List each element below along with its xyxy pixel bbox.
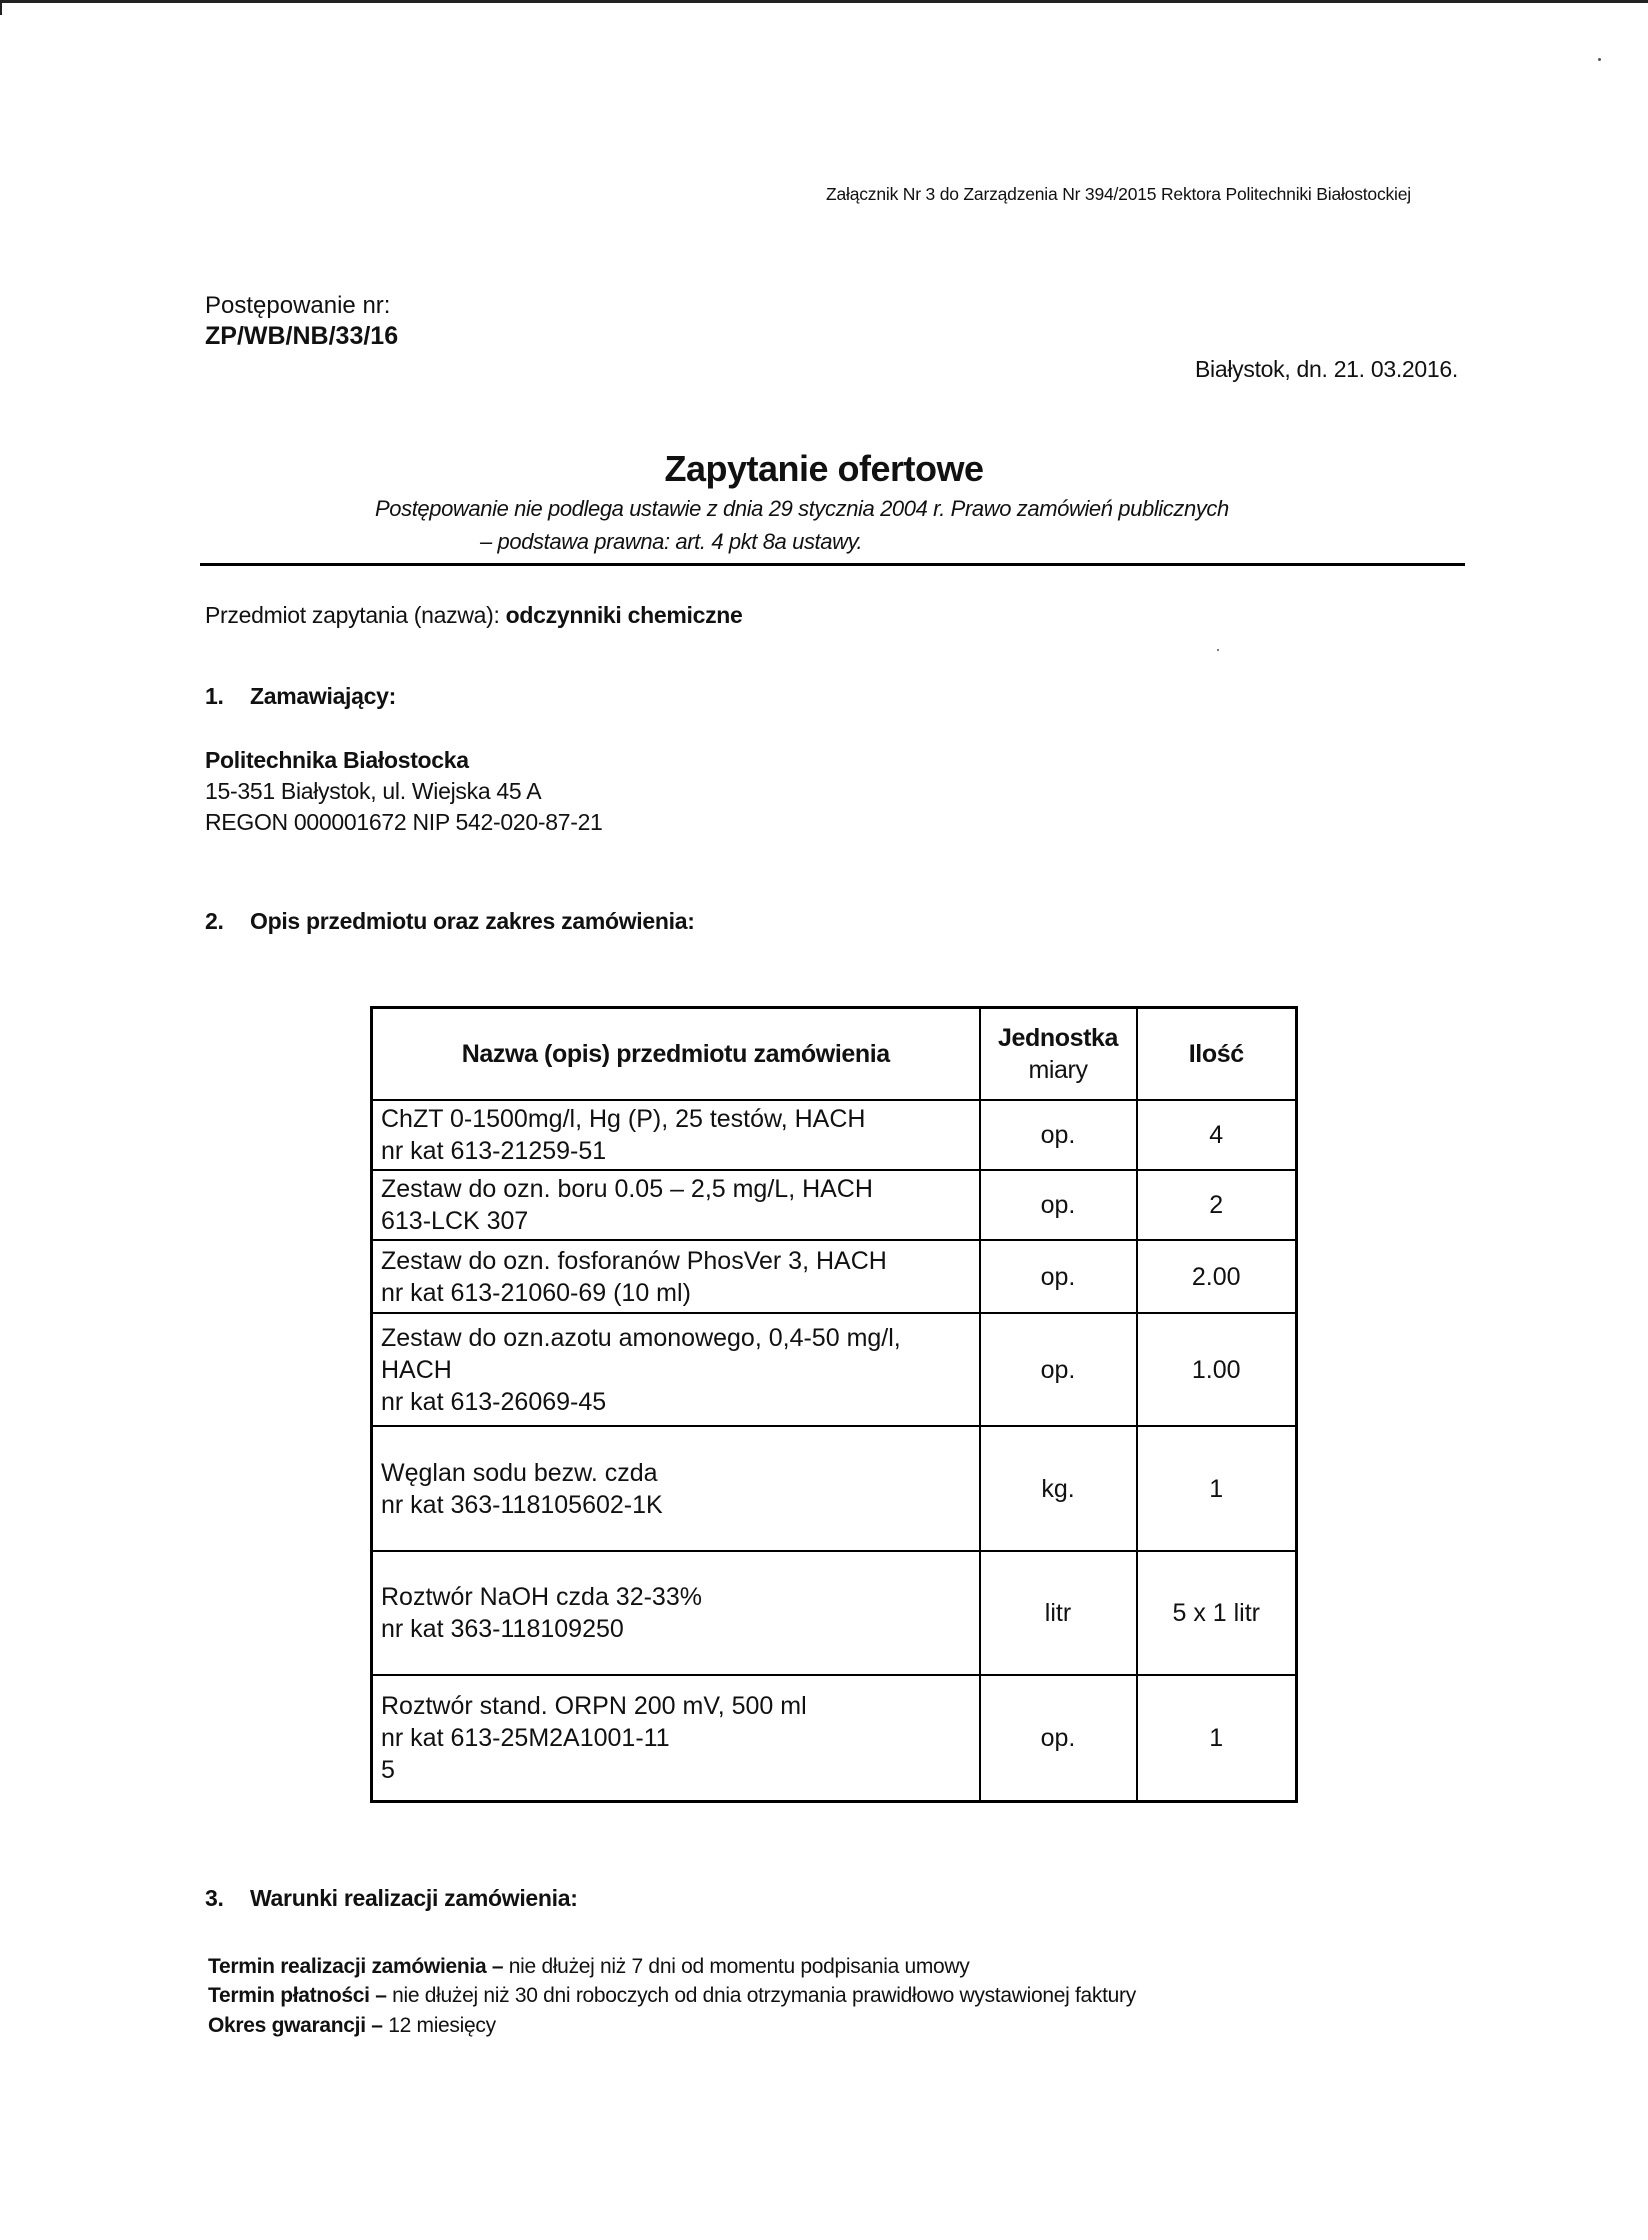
condition-text: nie dłużej niż 7 dni od momentu podpisan… [509,1955,970,1978]
item-description-line: nr kat 613-25M2A1001-11 [381,1722,971,1754]
item-description-line: 5 [381,1754,971,1786]
condition-sep: – [366,2014,388,2037]
section-title: Opis przedmiotu oraz zakres zamówienia: [250,908,695,934]
condition-label: Okres gwarancji [208,2014,366,2037]
item-quantity: 2 [1137,1170,1297,1240]
section-2-heading: 2.Opis przedmiotu oraz zakres zamówienia… [205,908,695,935]
table-row: Zestaw do ozn. fosforanów PhosVer 3, HAC… [372,1240,1297,1313]
condition-sep: – [370,1984,392,2007]
condition-payment-term: Termin płatności – nie dłużej niż 30 dni… [208,1984,1136,2008]
scan-edge-mark [0,3,2,15]
item-description-line: HACH [381,1354,971,1386]
condition-sep: – [486,1955,508,1978]
orderer-address: 15-351 Białystok, ul. Wiejska 45 A [205,778,541,805]
item-description-line: nr kat 363-118109250 [381,1613,971,1645]
item-unit: op. [980,1675,1137,1801]
item-description-line: Zestaw do ozn. boru 0.05 – 2,5 mg/L, HAC… [381,1173,971,1205]
procedure-number: ZP/WB/NB/33/16 [205,322,398,351]
item-description-line: nr kat 613-26069-45 [381,1386,971,1418]
procedure-label: Postępowanie nr: [205,292,390,320]
item-quantity: 1 [1137,1426,1297,1551]
item-description: Węglan sodu bezw. czdanr kat 363-1181056… [372,1426,980,1551]
item-description: Zestaw do ozn. boru 0.05 – 2,5 mg/L, HAC… [372,1170,980,1240]
subject-label: Przedmiot zapytania (nazwa): [205,602,506,628]
place-date: Białystok, dn. 21. 03.2016. [1195,356,1458,383]
header-name: Nazwa (opis) przedmiotu zamówienia [372,1008,980,1101]
item-unit: op. [980,1170,1137,1240]
order-items-table: Nazwa (opis) przedmiotu zamówienia Jedno… [370,1006,1298,1803]
item-unit: litr [980,1551,1137,1675]
item-quantity: 1 [1137,1675,1297,1801]
document-subtitle-line1: Postępowanie nie podlega ustawie z dnia … [375,496,1229,522]
table-row: Węglan sodu bezw. czdanr kat 363-1181056… [372,1426,1297,1551]
condition-label: Termin płatności [208,1984,370,2007]
item-description-line: Roztwór stand. ORPN 200 mV, 500 ml [381,1690,971,1722]
header-unit: Jednostka miary [980,1008,1137,1101]
table-row: Zestaw do ozn.azotu amonowego, 0,4-50 mg… [372,1313,1297,1426]
item-description-line: Roztwór NaOH czda 32-33% [381,1581,971,1613]
table-row: Zestaw do ozn. boru 0.05 – 2,5 mg/L, HAC… [372,1170,1297,1240]
document-title: Zapytanie ofertowe [0,448,1648,490]
item-description-line: ChZT 0-1500mg/l, Hg (P), 25 testów, HACH [381,1103,971,1135]
item-description: Roztwór stand. ORPN 200 mV, 500 mlnr kat… [372,1675,980,1801]
section-title: Warunki realizacji zamówienia: [250,1885,578,1911]
scan-speck [1217,649,1219,651]
item-description: Roztwór NaOH czda 32-33%nr kat 363-11810… [372,1551,980,1675]
item-quantity: 4 [1137,1100,1297,1170]
condition-label: Termin realizacji zamówienia [208,1955,486,1978]
condition-text: 12 miesięcy [388,2014,496,2037]
item-description: Zestaw do ozn.azotu amonowego, 0,4-50 mg… [372,1313,980,1426]
item-description-line: 613-LCK 307 [381,1205,971,1237]
scan-edge-line [0,0,1648,3]
subject-line: Przedmiot zapytania (nazwa): odczynniki … [205,602,743,629]
subject-value: odczynniki chemiczne [506,602,743,628]
section-number: 1. [205,683,250,710]
section-title: Zamawiający: [250,683,396,709]
item-description-line: nr kat 363-118105602-1K [381,1489,971,1521]
scan-speck [1598,58,1601,61]
table-row: ChZT 0-1500mg/l, Hg (P), 25 testów, HACH… [372,1100,1297,1170]
section-number: 3. [205,1885,250,1912]
item-quantity: 1.00 [1137,1313,1297,1426]
item-unit: op. [980,1240,1137,1313]
section-number: 2. [205,908,250,935]
item-description-line: nr kat 613-21259-51 [381,1135,971,1167]
title-divider [200,563,1465,566]
item-quantity: 5 x 1 litr [1137,1551,1297,1675]
item-description-line: Węglan sodu bezw. czda [381,1457,971,1489]
item-description-line: Zestaw do ozn. fosforanów PhosVer 3, HAC… [381,1245,971,1277]
section-3-heading: 3.Warunki realizacji zamówienia: [205,1885,578,1912]
document-subtitle-line2: – podstawa prawna: art. 4 pkt 8a ustawy. [480,529,862,555]
item-description-line: nr kat 613-21060-69 (10 ml) [381,1277,971,1309]
orderer-name: Politechnika Białostocka [205,747,469,774]
table-row: Roztwór NaOH czda 32-33%nr kat 363-11810… [372,1551,1297,1675]
header-unit-line1: Jednostka [998,1024,1118,1052]
header-qty: Ilość [1137,1008,1297,1101]
item-quantity: 2.00 [1137,1240,1297,1313]
table-header-row: Nazwa (opis) przedmiotu zamówienia Jedno… [372,1008,1297,1101]
condition-text: nie dłużej niż 30 dni roboczych od dnia … [392,1984,1136,2007]
orderer-ids: REGON 000001672 NIP 542-020-87-21 [205,809,603,836]
section-1-heading: 1.Zamawiający: [205,683,396,710]
item-unit: op. [980,1100,1137,1170]
item-description: ChZT 0-1500mg/l, Hg (P), 25 testów, HACH… [372,1100,980,1170]
item-unit: kg. [980,1426,1137,1551]
item-description: Zestaw do ozn. fosforanów PhosVer 3, HAC… [372,1240,980,1313]
condition-delivery-term: Termin realizacji zamówienia – nie dłuże… [208,1955,970,1979]
item-description-line: Zestaw do ozn.azotu amonowego, 0,4-50 mg… [381,1322,971,1354]
table-row: Roztwór stand. ORPN 200 mV, 500 mlnr kat… [372,1675,1297,1801]
condition-warranty: Okres gwarancji – 12 miesięcy [208,2014,496,2038]
attachment-note: Załącznik Nr 3 do Zarządzenia Nr 394/201… [826,184,1411,205]
header-unit-line2: miary [1028,1056,1087,1084]
item-unit: op. [980,1313,1137,1426]
